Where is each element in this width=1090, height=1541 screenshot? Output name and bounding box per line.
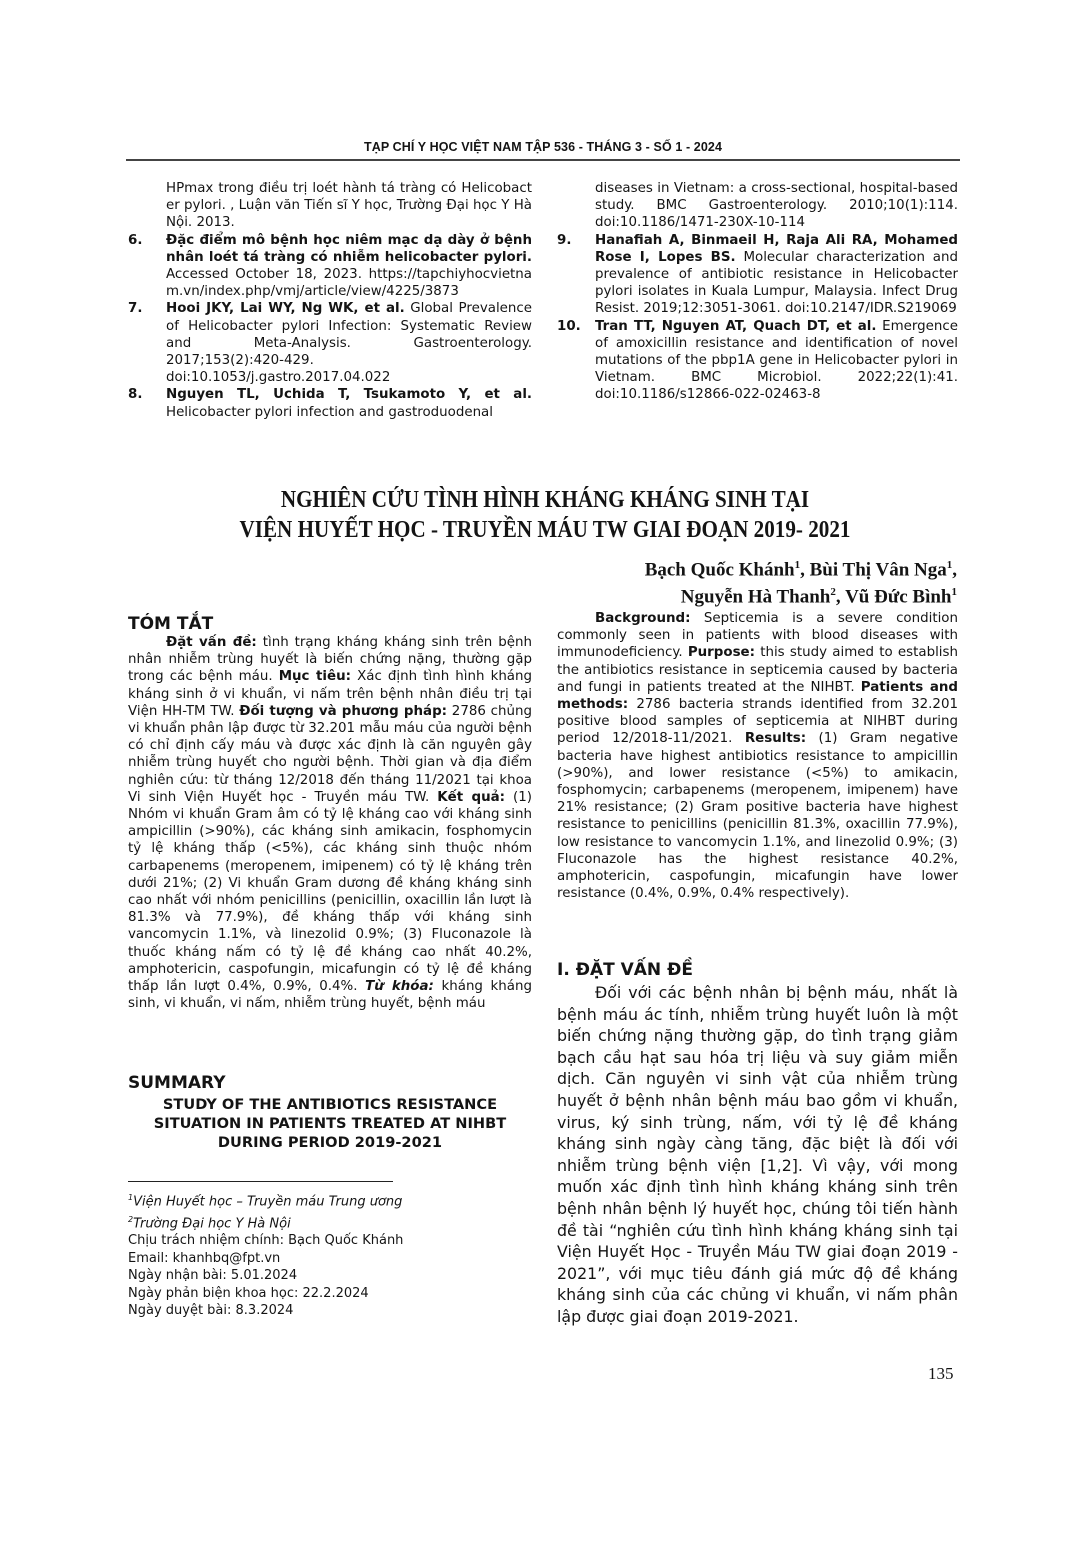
contact-email: Email: khanhbq@fpt.vn (128, 1250, 532, 1267)
page-number: 135 (928, 1364, 954, 1384)
author-name: Vũ Đức Bình (845, 587, 951, 608)
abstract-label: Results: (745, 731, 806, 746)
abstract-heading: TÓM TẮT (128, 614, 532, 634)
reference-authors: Đặc điểm mô bệnh học niêm mạc dạ dày ở b… (166, 233, 532, 265)
introduction-paragraph: Đối với các bệnh nhân bị bệnh máu, nhất … (557, 982, 958, 1328)
abstract-label: Đối tượng và phương pháp: (239, 704, 447, 719)
author-name: Nguyễn Hà Thanh (681, 587, 831, 608)
accepted-date: Ngày duyệt bài: 8.3.2024 (128, 1302, 532, 1319)
reference-text: HPmax trong điều trị loét hành tá tràng … (166, 181, 532, 230)
reference-text: diseases in Vietnam: a cross-sectional, … (595, 181, 958, 230)
abstract-body: Background: Septicemia is a severe condi… (557, 610, 958, 902)
journal-header: TẠP CHÍ Y HỌC VIỆT NAM TẬP 536 - THÁNG 3… (126, 140, 960, 154)
summary-title: STUDY OF THE ANTIBIOTICS RESISTANCE SITU… (128, 1095, 532, 1152)
author-separator: , (800, 559, 810, 580)
reference-number: 6. (128, 232, 142, 249)
review-date: Ngày phản biện khoa học: 22.2.2024 (128, 1285, 532, 1302)
header-rule (126, 159, 960, 161)
introduction-section: I. ĐẶT VẤN ĐỀ Đối với các bệnh nhân bị b… (557, 960, 958, 1328)
reference-authors: Hooi JKY, Lai WY, Ng WK, et al. (166, 301, 405, 316)
corresponding-author: Chịu trách nhiệm chính: Bạch Quốc Khánh (128, 1232, 532, 1249)
affiliation-1: 1Viện Huyết học – Truyền máu Trung ương (128, 1189, 532, 1211)
reference-authors: Tran TT, Nguyen AT, Quach DT, et al. (595, 319, 876, 334)
references-right-column: diseases in Vietnam: a cross-sectional, … (557, 180, 958, 404)
reference-authors: Nguyen TL, Uchida T, Tsukamoto Y, et al. (166, 387, 532, 402)
reference-item: 7. Hooi JKY, Lai WY, Ng WK, et al. Globa… (128, 300, 532, 386)
section-heading: I. ĐẶT VẤN ĐỀ (557, 960, 958, 980)
reference-text: Accessed October 18, 2023. https://tapch… (166, 267, 532, 299)
abstract-text: (1) Gram negative bacteria have highest … (557, 731, 958, 901)
footnotes: 1Viện Huyết học – Truyền máu Trung ương … (128, 1189, 532, 1320)
summary-section: SUMMARY STUDY OF THE ANTIBIOTICS RESISTA… (128, 1073, 532, 1152)
keywords-label: Từ khóa: (365, 979, 434, 994)
article-title-line: NGHIÊN CỨU TÌNH HÌNH KHÁNG KHÁNG SINH TẠ… (206, 485, 884, 515)
article-title: NGHIÊN CỨU TÌNH HÌNH KHÁNG KHÁNG SINH TẠ… (206, 485, 884, 545)
abstract-label: Kết quả: (437, 790, 505, 805)
abstract-body: Đặt vấn đề: tình trạng kháng kháng sinh … (128, 634, 532, 1012)
article-title-line: VIỆN HUYẾT HỌC - TRUYỀN MÁU TW GIAI ĐOẠN… (206, 515, 884, 545)
reference-item: 8. Nguyen TL, Uchida T, Tsukamoto Y, et … (128, 386, 532, 420)
affiliation-2: 2Trường Đại học Y Hà Nội (128, 1211, 532, 1233)
reference-number: 10. (557, 318, 581, 335)
footnote-rule (128, 1181, 393, 1182)
abstract-label: Đặt vấn đề: (166, 635, 257, 650)
author-name: Bạch Quốc Khánh (645, 559, 795, 580)
abstract-vietnamese: TÓM TẮT Đặt vấn đề: tình trạng kháng khá… (128, 614, 532, 1012)
reference-number: 9. (557, 232, 571, 249)
reference-item: 10. Tran TT, Nguyen AT, Quach DT, et al.… (557, 318, 958, 404)
author-separator: , (952, 559, 957, 580)
received-date: Ngày nhận bài: 5.01.2024 (128, 1267, 532, 1284)
author-affiliation: 1 (952, 586, 958, 598)
reference-item: 9. Hanafiah A, Binmaeil H, Raja Ali RA, … (557, 232, 958, 318)
references-left-column: HPmax trong điều trị loét hành tá tràng … (128, 180, 532, 421)
abstract-label: Mục tiêu: (279, 669, 351, 684)
reference-number: 8. (128, 386, 142, 403)
abstract-text: (1) Nhóm vi khuẩn Gram âm có tỷ lệ kháng… (128, 790, 532, 994)
summary-heading: SUMMARY (128, 1073, 532, 1093)
reference-item: 6. Đặc điểm mô bệnh học niêm mạc dạ dày … (128, 232, 532, 301)
abstract-label: Background: (595, 611, 690, 626)
reference-item: HPmax trong điều trị loét hành tá tràng … (128, 180, 532, 232)
author-list: Bạch Quốc Khánh1, Bùi Thị Vân Nga1, Nguy… (645, 554, 957, 609)
author-name: Bùi Thị Vân Nga (810, 559, 947, 580)
abstract-label: Purpose: (688, 645, 755, 660)
reference-item: diseases in Vietnam: a cross-sectional, … (557, 180, 958, 232)
abstract-english: Background: Septicemia is a severe condi… (557, 610, 958, 902)
author-separator: , (836, 587, 845, 608)
reference-number: 7. (128, 300, 142, 317)
reference-text: Helicobacter pylori infection and gastro… (166, 405, 493, 420)
